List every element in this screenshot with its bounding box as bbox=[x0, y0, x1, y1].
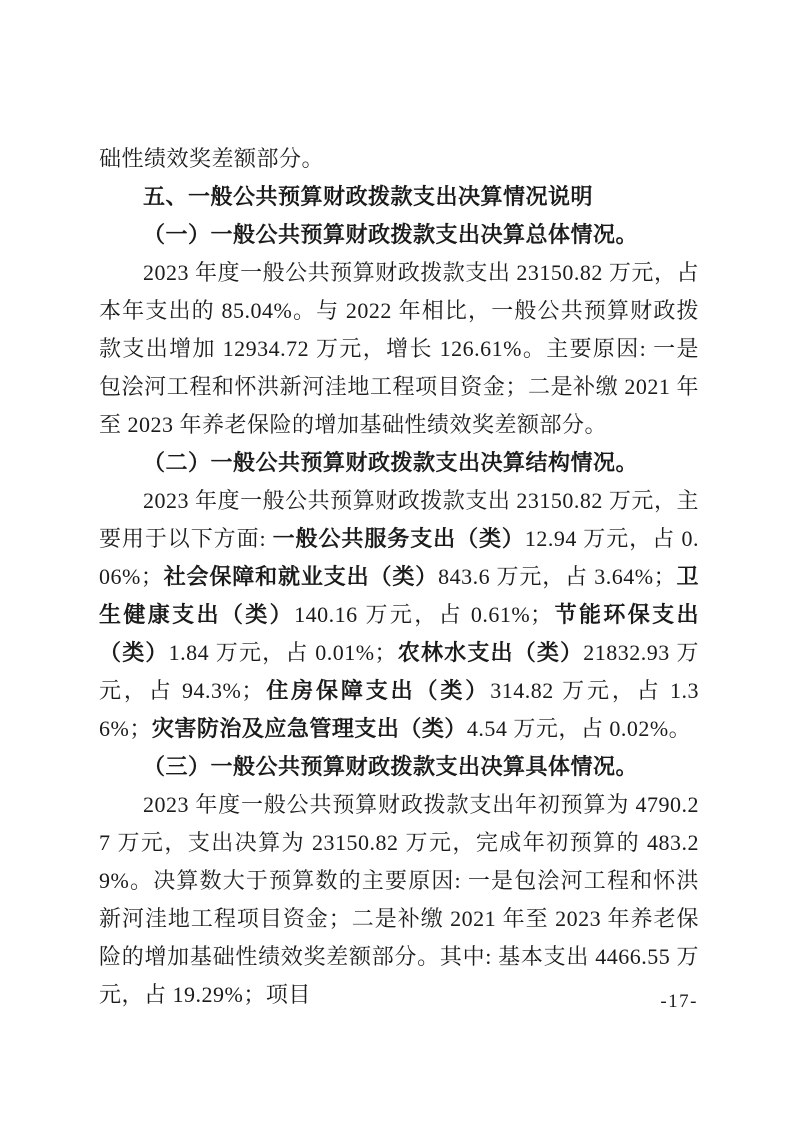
document-page: 础性绩效奖差额部分。 五、一般公共预算财政拨款支出决算情况说明 （一）一般公共预… bbox=[0, 0, 793, 1122]
category-bold-run: 社会保障和就业支出（类） bbox=[163, 564, 438, 589]
subsection-1-heading: （一）一般公共预算财政拨款支出决算总体情况。 bbox=[99, 216, 699, 254]
structure-paragraph: 2023 年度一般公共预算财政拨款支出 23150.82 万元，主要用于以下方面… bbox=[99, 482, 699, 748]
category-bold-run: 灾害防治及应急管理支出（类） bbox=[152, 716, 467, 741]
heading-text: 五、一般公共预算财政拨款支出决算情况说明 bbox=[143, 184, 593, 209]
text-run: 843.6 万元，占 3.64%； bbox=[438, 564, 676, 589]
category-bold-run: 住房保障支出（类） bbox=[264, 678, 490, 703]
category-bold-run: 农林水支出（类） bbox=[397, 640, 583, 665]
subsection-3-heading: （三）一般公共预算财政拨款支出决算具体情况。 bbox=[99, 748, 699, 786]
text-run: 1.84 万元，占 0.01%； bbox=[169, 640, 397, 665]
heading-text: （二）一般公共预算财政拨款支出决算结构情况。 bbox=[143, 450, 638, 475]
text-run: 4.54 万元，占 0.02%。 bbox=[467, 716, 691, 741]
document-body: 础性绩效奖差额部分。 五、一般公共预算财政拨款支出决算情况说明 （一）一般公共预… bbox=[99, 140, 699, 1014]
carryover-text: 础性绩效奖差额部分。 bbox=[99, 140, 699, 178]
detail-paragraph: 2023 年度一般公共预算财政拨款支出年初预算为 4790.27 万元，支出决算… bbox=[99, 786, 699, 1014]
section-5-heading: 五、一般公共预算财政拨款支出决算情况说明 bbox=[99, 178, 699, 216]
text-run: 础性绩效奖差额部分。 bbox=[99, 146, 324, 171]
heading-text: （一）一般公共预算财政拨款支出决算总体情况。 bbox=[143, 222, 638, 247]
page-number: -17- bbox=[660, 991, 698, 1013]
category-bold-run: 一般公共服务支出（类） bbox=[273, 526, 525, 551]
subsection-2-heading: （二）一般公共预算财政拨款支出决算结构情况。 bbox=[99, 444, 699, 482]
heading-text: （三）一般公共预算财政拨款支出决算具体情况。 bbox=[143, 754, 638, 779]
text-run: 2023 年度一般公共预算财政拨款支出 23150.82 万元，占本年支出的 8… bbox=[99, 260, 699, 437]
text-run: 2023 年度一般公共预算财政拨款支出年初预算为 4790.27 万元，支出决算… bbox=[99, 792, 699, 1007]
text-run: 140.16 万元，占 0.61%； bbox=[294, 602, 553, 627]
overall-paragraph: 2023 年度一般公共预算财政拨款支出 23150.82 万元，占本年支出的 8… bbox=[99, 254, 699, 444]
